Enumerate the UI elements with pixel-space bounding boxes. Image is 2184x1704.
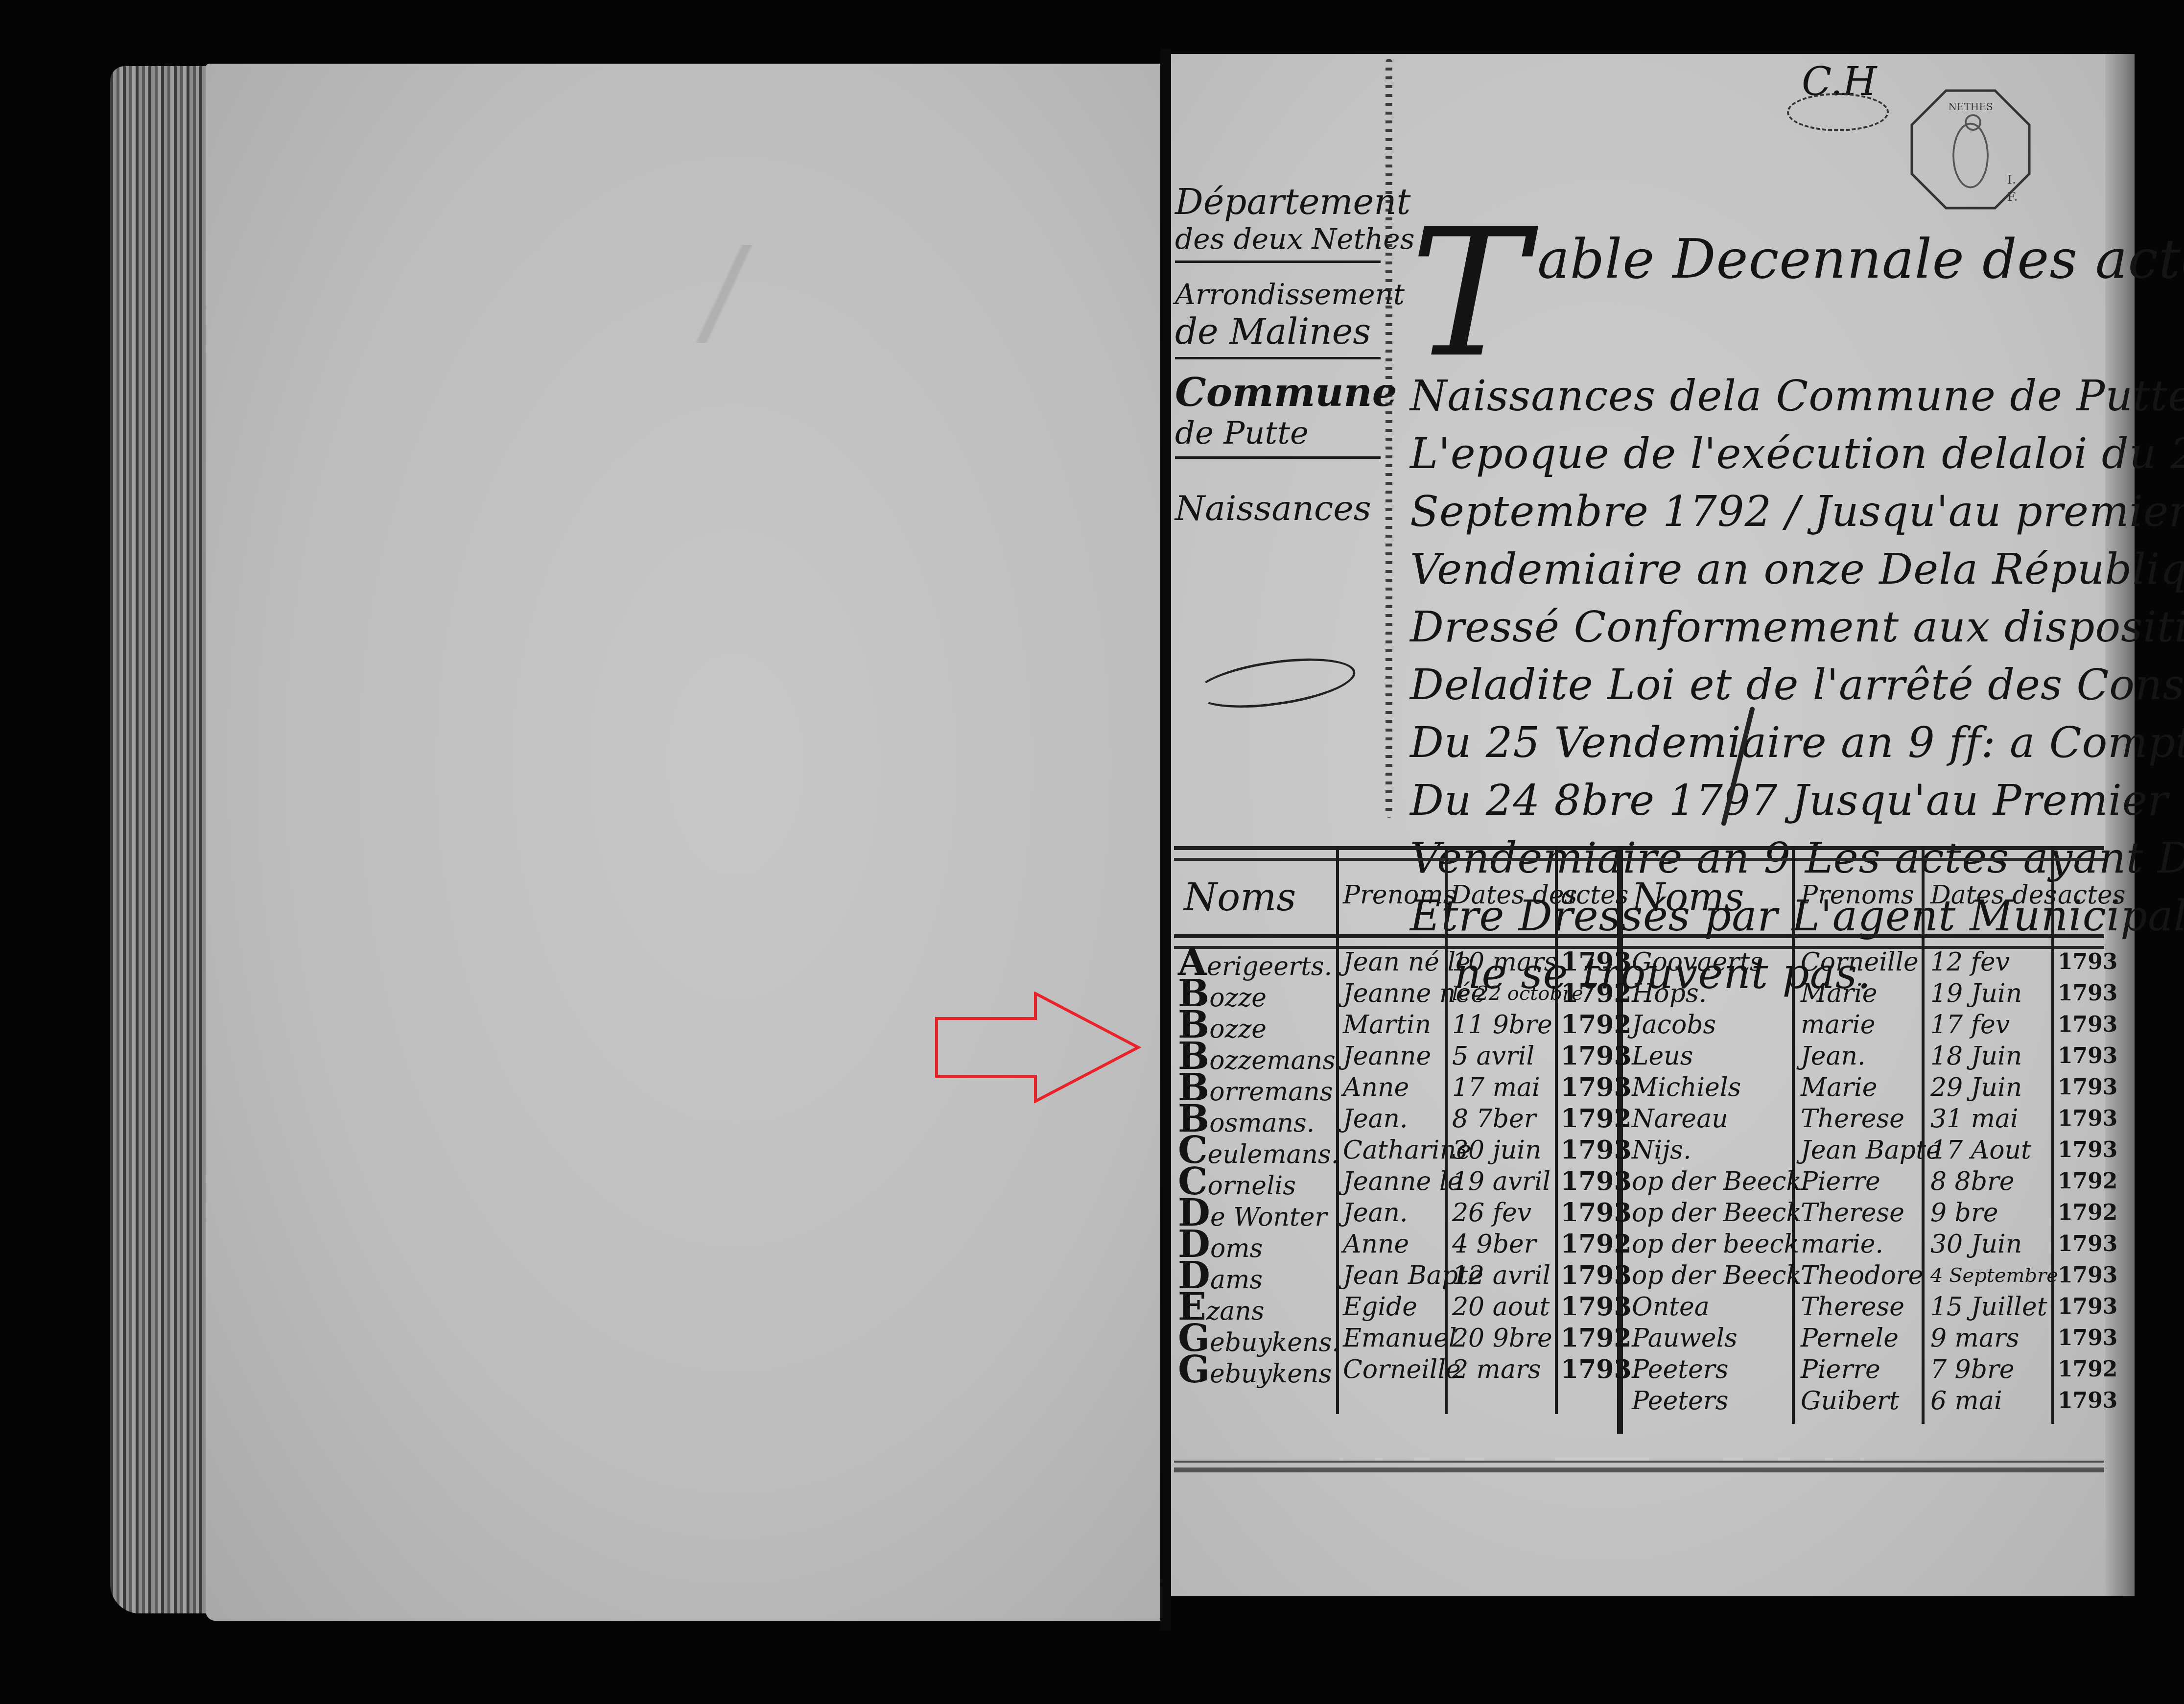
table-cell-prenom: marie xyxy=(1801,1009,1921,1041)
table-cell-date: 29 Juin xyxy=(1930,1072,2050,1103)
title-line: Deladite Loi et de l'arrêté des Consuls xyxy=(1410,656,2105,714)
table-cell-date: 8 7ber xyxy=(1452,1103,1552,1135)
table-cell-prenom: Theodore xyxy=(1801,1260,1921,1291)
table-cell-nom: Gebuykens xyxy=(1178,1354,1335,1385)
table-cell-nom: Peeters xyxy=(1632,1385,1788,1417)
table-cell-prenom: Jean né le xyxy=(1343,947,1443,978)
table-cell-annee: 1793 xyxy=(2058,947,2104,978)
table-cell-date: 12 fev xyxy=(1930,947,2050,978)
section-title: Naissances xyxy=(1175,459,1381,528)
margin-heading-block: Département des deux Nethes Arrondisseme… xyxy=(1175,162,1381,528)
commune-value: de Putte xyxy=(1175,415,1381,459)
title-line: Septembre 1792 / Jusqu'au premier xyxy=(1410,483,2105,541)
table-cell-date: 30 juin xyxy=(1452,1135,1552,1166)
table-cell-prenom: Egide xyxy=(1343,1291,1443,1323)
table-cell-nom: Ontea xyxy=(1632,1291,1788,1323)
page-bottom-rule xyxy=(1174,1461,2104,1472)
title-drop-cap: T xyxy=(1410,220,1527,367)
wavy-divider xyxy=(1386,59,1392,818)
header-actes: actes xyxy=(1561,880,1628,910)
table-cell-annee: 1793 xyxy=(1561,947,1615,978)
table-cell-date: 8 8bre xyxy=(1930,1166,2050,1197)
table-cell-date: 10 mars xyxy=(1452,947,1552,978)
table-cell-prenom: Jean. xyxy=(1343,1103,1443,1135)
births-table: Noms Prenoms Dates des actes Noms Prenom… xyxy=(1174,846,2104,1522)
table-cell-prenom: Corneille xyxy=(1801,947,1921,978)
table-cell-date: 30 Juin xyxy=(1930,1229,2050,1260)
table-cell-nom: Peeters xyxy=(1632,1354,1788,1385)
column-divider xyxy=(1922,846,1925,1424)
table-cell-nom: Nareau xyxy=(1632,1103,1788,1135)
table-cell-prenom: Pierre xyxy=(1801,1166,1921,1197)
right-prenoms-column: Corneille Marie marie Jean. Marie Theres… xyxy=(1801,947,1921,1417)
table-cell-date: 19 avril xyxy=(1452,1166,1552,1197)
table-cell-date: 19 Juin xyxy=(1930,978,2050,1009)
table-cell-annee: 1793 xyxy=(2058,978,2104,1009)
table-cell-nom: Leus xyxy=(1632,1041,1788,1072)
table-cell-prenom: Therese xyxy=(1801,1291,1921,1323)
table-cell-date: 5 avril xyxy=(1452,1041,1552,1072)
table-cell-date: 17 mai xyxy=(1452,1072,1552,1103)
table-cell-nom: op der Beeck xyxy=(1632,1166,1788,1197)
table-cell-date: 4 Septembre xyxy=(1930,1260,2050,1291)
table-cell-nom: Jacobs xyxy=(1632,1009,1788,1041)
table-cell-prenom: Jean. xyxy=(1343,1197,1443,1229)
table-cell-annee: 1793 xyxy=(2058,1229,2104,1260)
table-cell-nom: op der Beeck xyxy=(1632,1260,1788,1291)
table-cell-annee: 1792 xyxy=(2058,1354,2104,1385)
table-cell-annee: 1792 xyxy=(1561,1103,1615,1135)
table-cell-annee: 1793 xyxy=(2058,1291,2104,1323)
table-cell-annee: 1793 xyxy=(1561,1291,1615,1323)
title-line: Du 24 8bre 1797 Jusqu'au Premier xyxy=(1410,772,2105,829)
table-cell-annee: 1793 xyxy=(1561,1260,1615,1291)
header-dates: Dates des xyxy=(1930,880,2057,910)
table-cell-prenom: Jean. xyxy=(1801,1041,1921,1072)
table-cell-prenom: Martin xyxy=(1343,1009,1443,1041)
table-cell-prenom: Jeanne xyxy=(1343,1041,1443,1072)
table-cell-annee: 1793 xyxy=(2058,1041,2104,1072)
column-divider xyxy=(1555,846,1558,1414)
table-cell-annee: 1792 xyxy=(1561,978,1615,1009)
table-cell-date: 9 mars xyxy=(1930,1323,2050,1354)
table-cell-annee: 1793 xyxy=(1561,1135,1615,1166)
column-divider xyxy=(1792,846,1795,1424)
header-prenoms: Prenoms xyxy=(1801,880,1914,910)
table-cell-annee: 1793 xyxy=(2058,1103,2104,1135)
table-cell-prenom: Guibert xyxy=(1801,1385,1921,1417)
table-cell-date: 11 9bre xyxy=(1452,1009,1552,1041)
table-cell-date: 31 mai xyxy=(1930,1103,2050,1135)
table-cell-annee: 1793 xyxy=(1561,1041,1615,1072)
table-cell-prenom: Marie xyxy=(1801,978,1921,1009)
left-prenoms-column: Jean né le Jeanne née Martin Jeanne Anne… xyxy=(1343,947,1443,1385)
title-line: Naissances dela Commune de Putte depuis xyxy=(1410,367,2105,425)
table-cell-annee: 1792 xyxy=(1561,1323,1615,1354)
table-cell-annee: 1792 xyxy=(2058,1166,2104,1197)
octagonal-stamp-icon: NETHES I. F. xyxy=(1909,88,2032,211)
table-cell-prenom: Jeanne née xyxy=(1343,978,1443,1009)
left-noms-column: Aerigeerts. Bozze Bozze Bozzemans Borrem… xyxy=(1178,947,1335,1385)
table-cell-date: 18 Juin xyxy=(1930,1041,2050,1072)
table-cell-prenom: Pernele xyxy=(1801,1323,1921,1354)
table-cell-date: 17 Aout xyxy=(1930,1135,2050,1166)
ink-bleed-through xyxy=(587,245,881,343)
table-cell-date: 12 avril xyxy=(1452,1260,1552,1291)
table-cell-date: 20 9bre xyxy=(1452,1323,1552,1354)
title-line: L'epoque de l'exécution delaloi du 20 xyxy=(1410,425,2105,483)
table-cell-prenom: Therese xyxy=(1801,1197,1921,1229)
table-cell-prenom: marie. xyxy=(1801,1229,1921,1260)
corner-flourish xyxy=(1787,93,1889,131)
header-noms: Noms xyxy=(1184,876,1296,920)
departement-label: Département xyxy=(1175,162,1381,222)
table-cell-annee: 1792 xyxy=(1561,1009,1615,1041)
table-cell-annee: 1792 xyxy=(2058,1197,2104,1229)
table-cell-prenom: Corneille xyxy=(1343,1354,1443,1385)
header-prenoms: Prenoms xyxy=(1343,880,1456,910)
svg-text:I.: I. xyxy=(2007,172,2016,187)
left-actes-column: 1793 1792 1792 1793 1793 1792 1793 1793 … xyxy=(1561,947,1615,1385)
table-cell-prenom: Jean Bapte xyxy=(1343,1260,1443,1291)
table-cell-date: 15 Juillet xyxy=(1930,1291,2050,1323)
right-noms-column: Goovaerts Hops. Jacobs Leus Michiels Nar… xyxy=(1632,947,1788,1417)
table-cell-annee: 1793 xyxy=(2058,1260,2104,1291)
table-cell-nom: Goovaerts xyxy=(1632,947,1788,978)
right-dates-column: 12 fev 19 Juin 17 fev 18 Juin 29 Juin 31… xyxy=(1930,947,2050,1417)
header-dates: Dates des xyxy=(1451,880,1577,910)
table-cell-nom: Michiels xyxy=(1632,1072,1788,1103)
commune-label: Commune xyxy=(1175,359,1381,415)
table-cell-date: 4 9ber xyxy=(1452,1229,1552,1260)
table-cell-prenom: Jean Bapte xyxy=(1801,1135,1921,1166)
table-cell-nom: Hops. xyxy=(1632,978,1788,1009)
right-actes-column: 1793 1793 1793 1793 1793 1793 1793 1792 … xyxy=(2058,947,2104,1417)
table-cell-annee: 1793 xyxy=(2058,1385,2104,1417)
header-actes: actes xyxy=(2058,880,2125,910)
table-cell-annee: 1793 xyxy=(1561,1197,1615,1229)
header-noms: Noms xyxy=(1632,876,1744,920)
table-cell-nom: Nijs. xyxy=(1632,1135,1788,1166)
table-cell-date: 26 fev xyxy=(1452,1197,1552,1229)
table-cell-date: 2 mars xyxy=(1452,1354,1552,1385)
table-cell-date: 7 9bre xyxy=(1930,1354,2050,1385)
red-arrow-icon xyxy=(933,992,1143,1103)
table-cell-prenom: Catharine xyxy=(1343,1135,1443,1166)
table-cell-annee: 1793 xyxy=(2058,1135,2104,1166)
table-cell-prenom: Therese xyxy=(1801,1103,1921,1135)
column-divider xyxy=(2051,846,2054,1424)
table-cell-date: 9 bre xyxy=(1930,1197,2050,1229)
table-cell-annee: 1793 xyxy=(1561,1072,1615,1103)
departement-value: des deux Nethes xyxy=(1175,222,1381,263)
arrondissement-value: de Malines xyxy=(1175,311,1381,359)
table-top-rule xyxy=(1174,846,2104,861)
table-cell-date: 20 aout xyxy=(1452,1291,1552,1323)
svg-text:NETHES: NETHES xyxy=(1948,101,1993,113)
table-cell-annee: 1793 xyxy=(1561,1166,1615,1197)
table-cell-prenom: Marie xyxy=(1801,1072,1921,1103)
table-cell-annee: 1793 xyxy=(2058,1009,2104,1041)
svg-text:F.: F. xyxy=(2007,189,2018,204)
table-cell-date: le 22 octobre xyxy=(1452,978,1552,1009)
table-cell-annee: 1793 xyxy=(2058,1072,2104,1103)
table-cell-annee: 1792 xyxy=(1561,1229,1615,1260)
table-cell-date: 17 fev xyxy=(1930,1009,2050,1041)
table-cell-nom: op der Beeck xyxy=(1632,1197,1788,1229)
book-gutter xyxy=(1160,49,1171,1631)
table-cell-annee: 1793 xyxy=(2058,1323,2104,1354)
table-cell-prenom: Anne xyxy=(1343,1072,1443,1103)
table-cell-date: 6 mai xyxy=(1930,1385,2050,1417)
table-cell-annee: 1793 xyxy=(1561,1354,1615,1385)
table-cell-nom: Pauwels xyxy=(1632,1323,1788,1354)
table-cell-prenom: Emanuel xyxy=(1343,1323,1443,1354)
table-cell-prenom: Anne xyxy=(1343,1229,1443,1260)
title-line: Dressé Conformement aux dispositions xyxy=(1410,598,2105,656)
table-cell-nom: op der beeck xyxy=(1632,1229,1788,1260)
left-dates-column: 10 mars le 22 octobre 11 9bre 5 avril 17… xyxy=(1452,947,1552,1385)
table-cell-prenom: Pierre xyxy=(1801,1354,1921,1385)
title-line: Vendemiaire an onze Dela République xyxy=(1410,541,2105,598)
title-line: Du 25 Vendemiaire an 9 ff: a Compter xyxy=(1410,714,2105,772)
table-cell-prenom: Jeanne le xyxy=(1343,1166,1443,1197)
arrondissement-label: Arrondissement xyxy=(1175,263,1381,311)
